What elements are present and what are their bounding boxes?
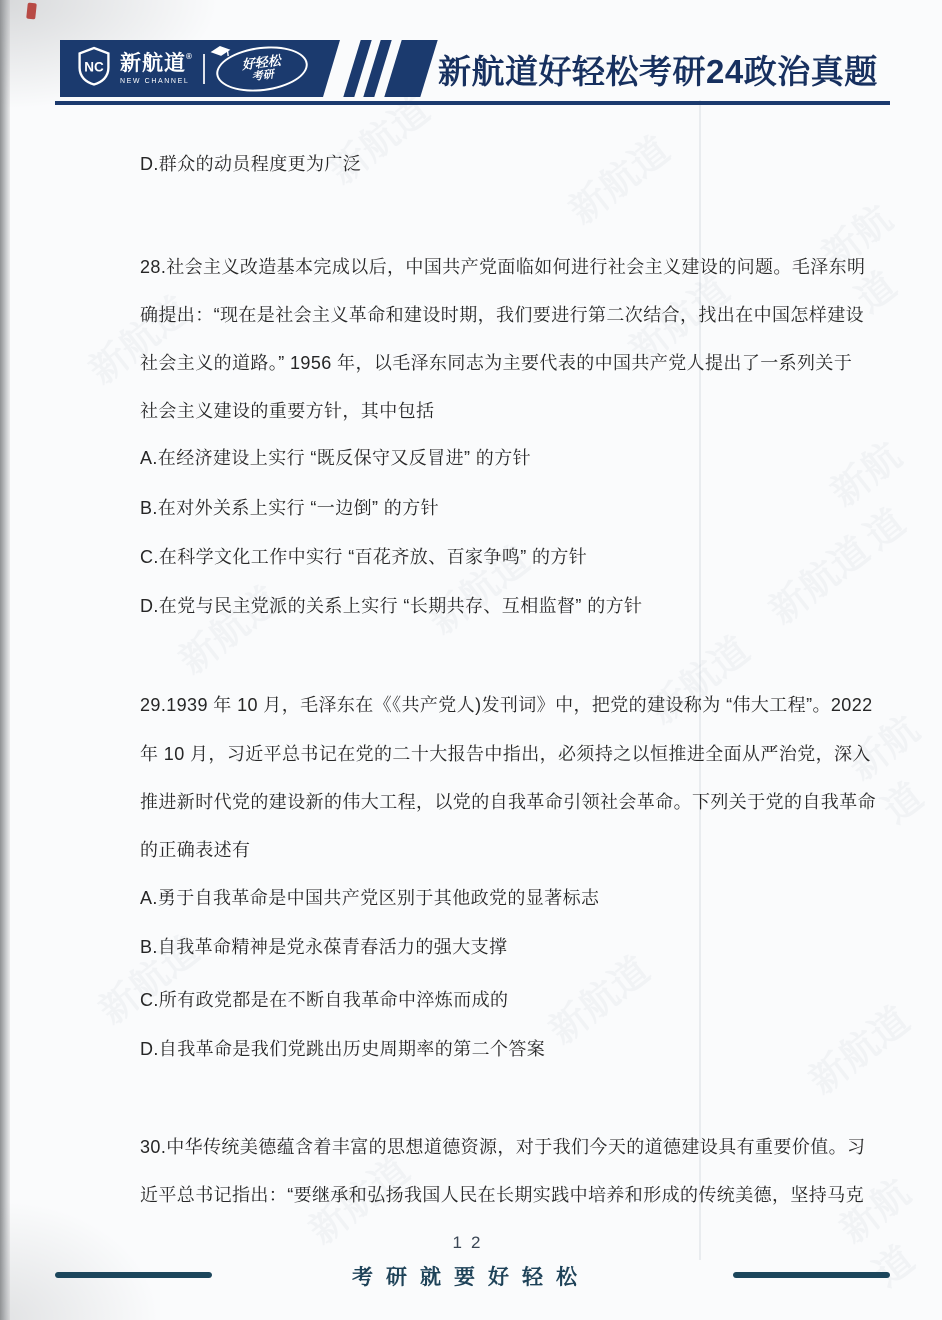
footer-divider-right xyxy=(733,1272,890,1278)
corner-shade-bottom-left xyxy=(0,1200,160,1320)
brand-name-en: NEW CHANNEL xyxy=(120,78,193,85)
text-line: A.在经济建设上实行 “既反保守又反冒进” 的方针 xyxy=(140,444,860,470)
haoqingsong-kaoyan-badge: 好轻松 考研 xyxy=(214,41,311,96)
text-line: 社会主义的道路。” 1956 年，以毛泽东同志为主要代表的中国共产党人提出了一系… xyxy=(140,349,860,375)
header-divider-line xyxy=(55,101,890,105)
page-number: 12 xyxy=(0,1233,942,1253)
page-left-edge xyxy=(0,0,10,1320)
text-line: 的正确表述有 xyxy=(140,836,860,862)
watermark-text: 新航道 xyxy=(75,281,199,395)
watermark-text: 新航道 xyxy=(817,410,942,559)
badge-text-line2: 考研 xyxy=(251,69,274,83)
brand-text-block: 新航道® NEW CHANNEL xyxy=(120,53,193,85)
brand-banner: NC 新航道® NEW CHANNEL 好轻松 考研 xyxy=(60,40,340,97)
text-line: 29.1939 年 10 月，毛泽东在《《共产党人)发刊词》中，把党的建设称为 … xyxy=(140,691,860,717)
text-line: 社会主义建设的重要方针，其中包括 xyxy=(140,397,860,423)
svg-text:NC: NC xyxy=(84,59,104,74)
text-line: 28.社会主义改造基本完成以后，中国共产党面临如何进行社会主义建设的问题。毛泽东… xyxy=(140,253,860,279)
text-line: D.群众的动员程度更为广泛 xyxy=(140,150,860,176)
banner-stripe xyxy=(384,40,437,97)
watermark-text: 新航道 xyxy=(555,121,679,235)
text-line: B.自我革命精神是党永葆青春活力的强大支撑 xyxy=(140,933,860,959)
text-line: A.勇于自我革命是中国共产党区别于其他政党的显著标志 xyxy=(140,884,860,910)
text-line: C.在科学文化工作中实行 “百花齐放、百家争鸣” 的方针 xyxy=(140,543,860,569)
watermark-text: 新航道 xyxy=(635,621,759,735)
page-edge-red-mark xyxy=(26,3,37,20)
text-line: 30.中华传统美德蕴含着丰富的思想道德资源，对于我们今天的道德建设具有重要价值。… xyxy=(140,1133,860,1159)
brand-registered-mark: ® xyxy=(186,52,193,61)
watermark-text: 新航道 xyxy=(165,571,289,685)
text-line: C.所有政党都是在不断自我革命中淬炼而成的 xyxy=(140,986,860,1012)
graduation-cap-icon xyxy=(209,43,233,65)
page-title: 新航道好轻松考研24政治真题 xyxy=(438,46,898,93)
nc-shield-logo-icon: NC xyxy=(76,46,112,91)
text-line: B.在对外关系上实行 “一边倒” 的方针 xyxy=(140,494,860,520)
text-line: 年 10 月，习近平总书记在党的二十大报告中指出，必须持之以恒推进全面从严治党，… xyxy=(140,740,860,766)
text-line: 近平总书记指出：“要继承和弘扬我国人民在长期实践中培养和形成的传统美德，坚持马克 xyxy=(140,1181,860,1207)
text-line: D.在党与民主党派的关系上实行 “长期共存、互相监督” 的方针 xyxy=(140,592,860,618)
brand-separator xyxy=(203,54,205,84)
text-line: 推进新时代党的建设新的伟大工程，以党的自我革命引领社会革命。下列关于党的自我革命 xyxy=(140,788,860,814)
watermark-text: 新航道 xyxy=(315,81,439,195)
brand-name-cn: 新航道® xyxy=(120,52,193,75)
watermark-text: 新航道 xyxy=(808,167,942,323)
text-line: D.自我革命是我们党跳出历史周期率的第二个答案 xyxy=(140,1035,860,1061)
text-line: 确提出：“现在是社会主义革命和建设时期，我们要进行第二次结合，找出在中国怎样建设 xyxy=(140,301,860,327)
